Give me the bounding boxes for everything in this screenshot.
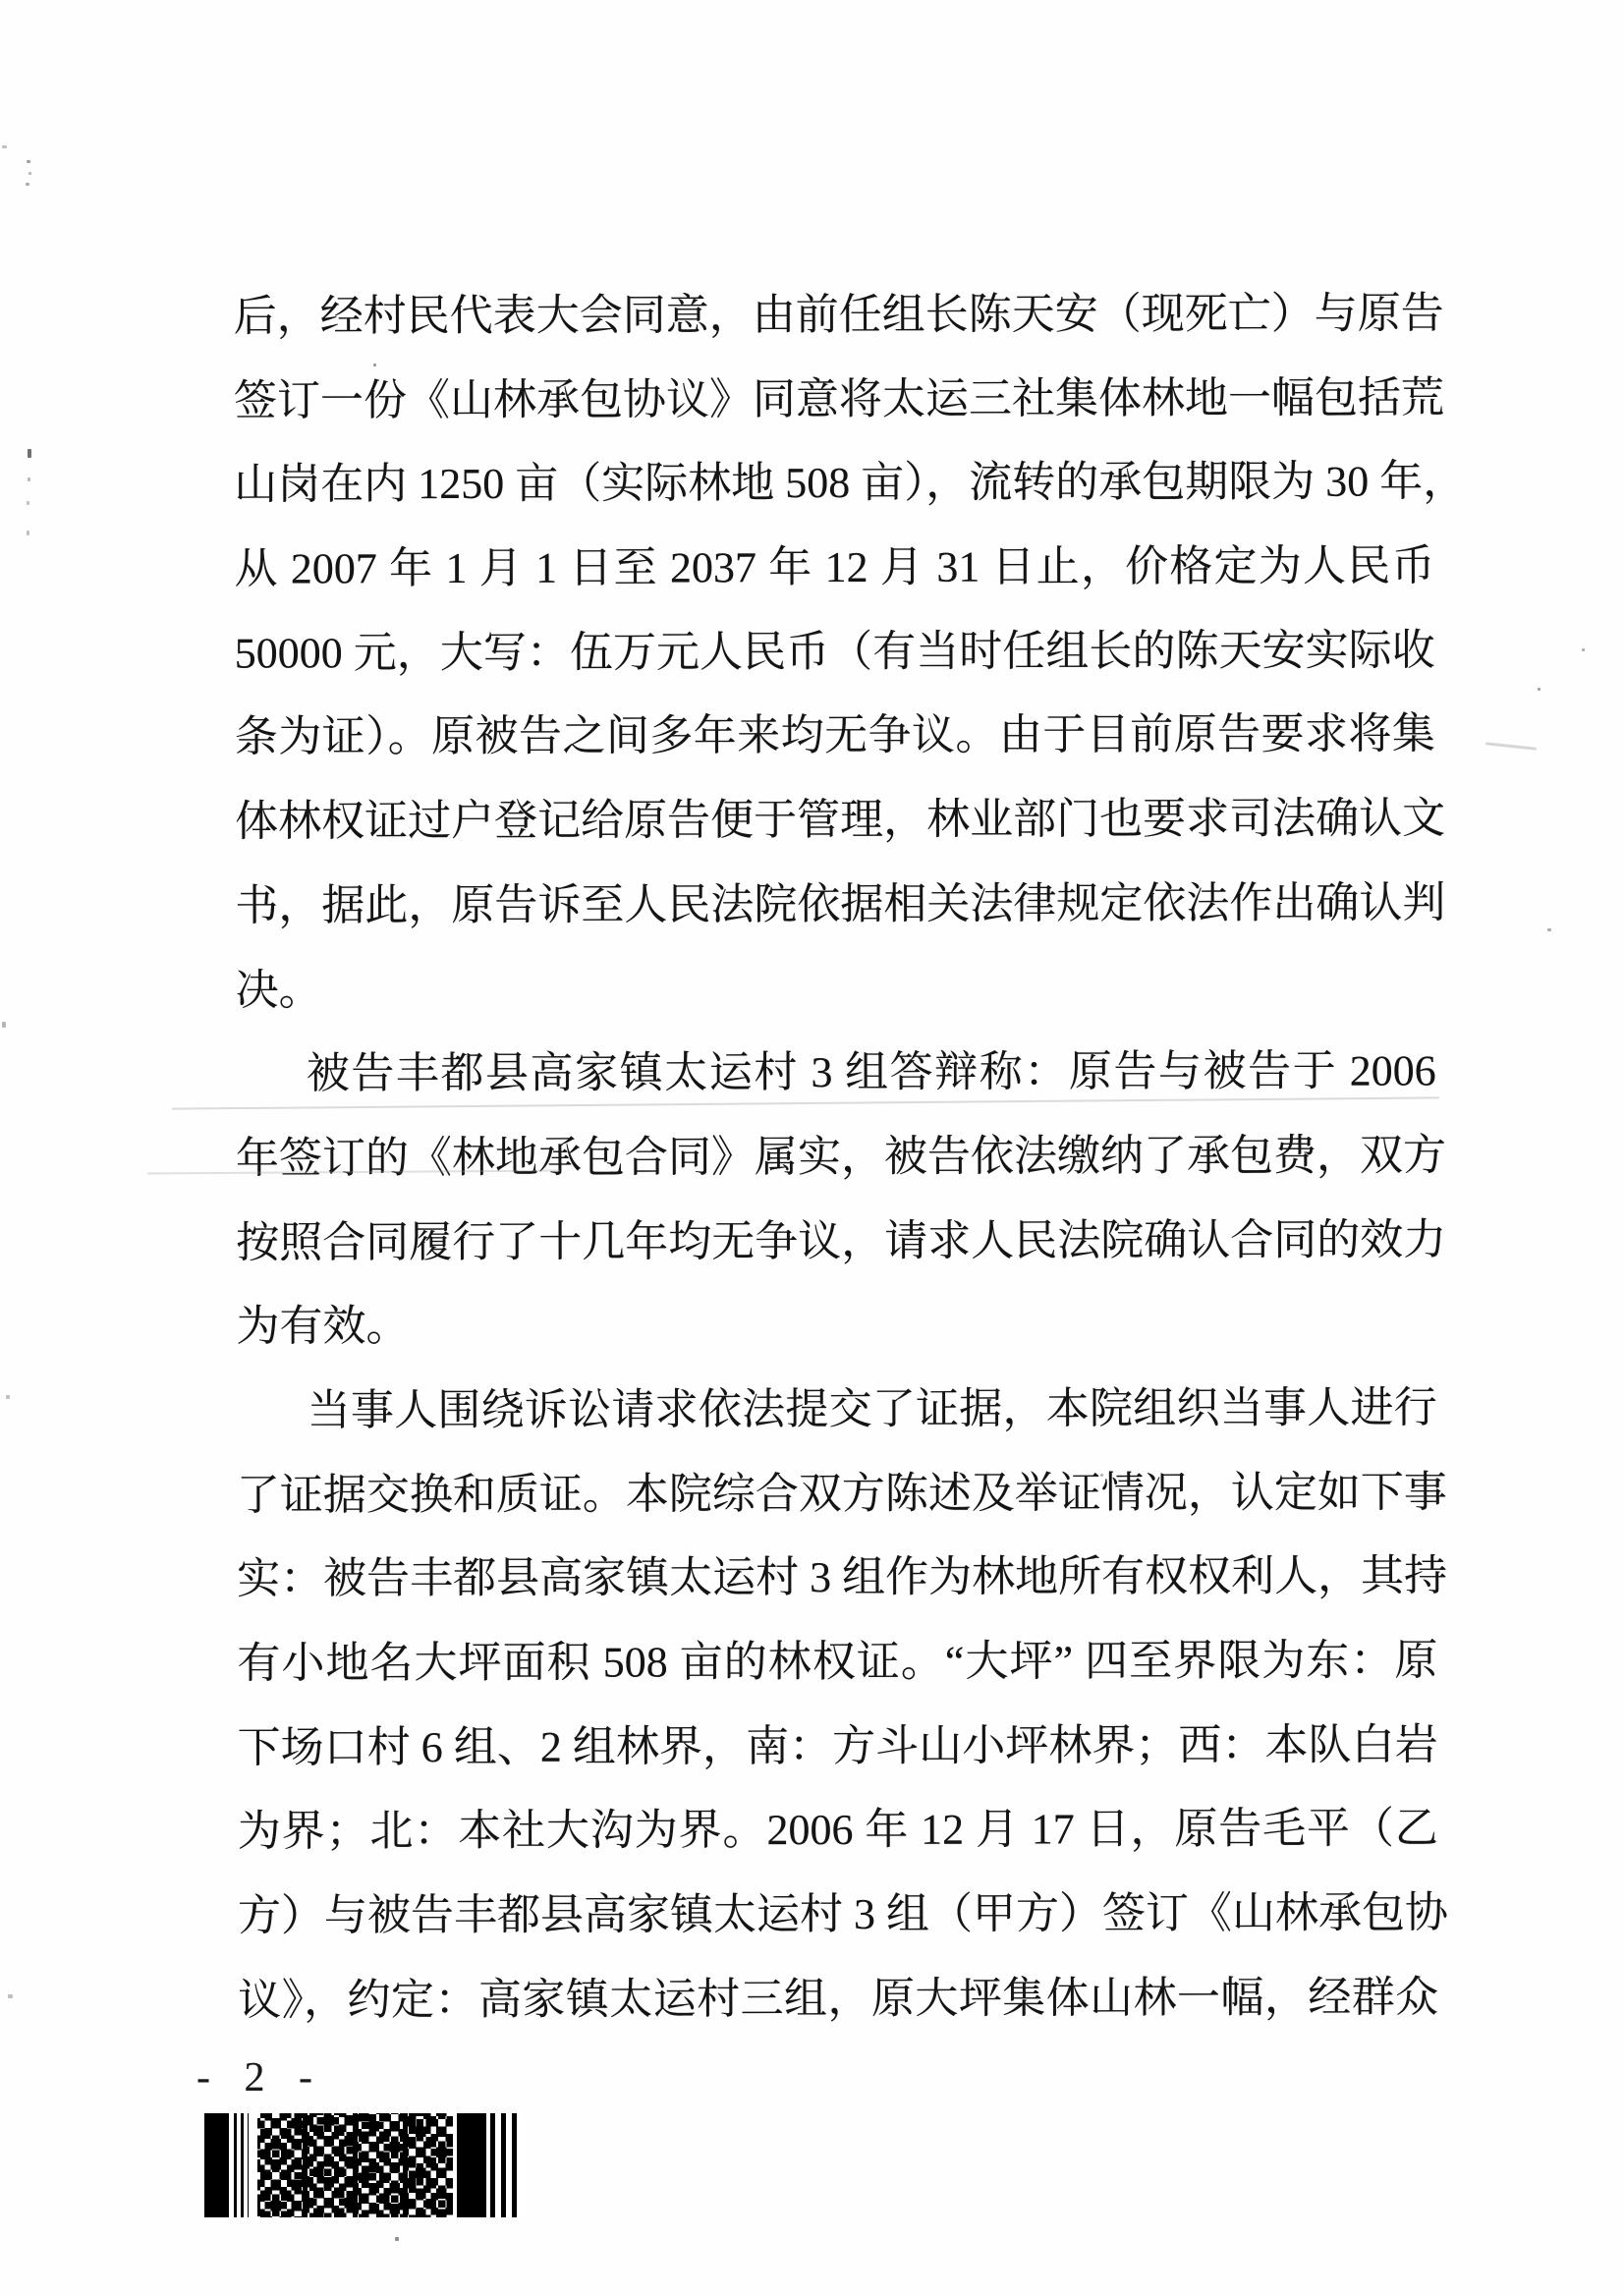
text-line: 书，据此，原告诉至人民法院依据相关法律规定依法作出确认判 [235,861,1435,948]
text-line: 后，经村民代表大会同意，由前任组长陈天安（现死亡）与原告 [234,271,1434,359]
barcode-solid-bar-right [457,2113,486,2217]
scan-speck [6,1395,10,1399]
barcode-matrix-segment [358,2113,403,2217]
scan-speck [1582,648,1585,651]
document-barcode [204,2113,523,2217]
scan-speck [8,1994,13,1998]
text-line: 条为证）。原被告之间多年来均无争议。由于目前原告要求将集 [235,693,1435,780]
scan-speck [28,172,31,175]
barcode-matrix-segment [257,2113,303,2217]
pencil-mark [1485,742,1537,750]
text-line: 签订一份《山林承包协议》同意将太运三社集体林地一幅包括荒 [234,356,1434,443]
text-line: 有小地名大坪面积 508 亩的林权证。“大坪” 四至界限为东：原 [237,1618,1437,1706]
barcode-matrix-segment [408,2113,453,2217]
scanned-document-page: 后，经村民代表大会同意，由前任组长陈天安（现死亡）与原告签订一份《山林承包协议》… [0,0,1624,2295]
text-line: 议》，约定：高家镇太运村三组，原大坪集体山林一幅，经群众 [238,1955,1438,2043]
text-line: 为有效。 [236,1282,1436,1370]
scan-speck [28,477,30,481]
scan-speck [28,449,31,458]
scan-speck [395,2237,399,2241]
text-line: 按照合同履行了十几年均无争议，请求人民法院确认合同的效力 [236,1198,1436,1285]
text-line: 实：被告丰都县高家镇太运村 3 组作为林地所有权权利人，其持 [237,1535,1437,1622]
text-line: 从 2007 年 1 月 1 日至 2037 年 12 月 31 日止，价格定为… [234,524,1434,611]
barcode-thin-stripes [490,2113,522,2217]
scan-speck [373,364,376,366]
text-line: 山岗在内 1250 亩（实际林地 508 亩），流转的承包期限为 30 年， [234,440,1434,528]
barcode-matrix-segment [308,2113,353,2217]
scan-speck [1547,928,1551,931]
scan-speck [27,501,29,505]
scan-speck [26,183,29,186]
text-line: 方）与被告丰都县高家镇太运村 3 组（甲方）签订《山林承包协 [238,1871,1438,1958]
text-line: 决。 [235,945,1435,1033]
text-line: 下场口村 6 组、2 组林界，南：方斗山小坪林界；西：本队白岩 [237,1703,1437,1790]
scan-speck [27,531,29,535]
text-line: 50000 元，大写：伍万元人民币（有当时任组长的陈天安实际收 [235,608,1435,696]
scan-speck [1538,688,1540,691]
scan-speck [2,145,7,148]
text-line: 体林权证过户登记给原告便于管理，林业部门也要求司法确认文 [235,777,1435,865]
barcode-gap [249,2113,257,2217]
text-line: 年签订的《林地承包合同》属实，被告依法缴纳了承包费，双方 [236,1113,1436,1201]
text-line: 当事人围绕诉讼请求依法提交了证据，本院组织当事人进行 [237,1366,1437,1453]
document-body-text: 后，经村民代表大会同意，由前任组长陈天安（现死亡）与原告签订一份《山林承包协议》… [234,271,1439,2043]
barcode-thin-stripes [234,2113,249,2217]
text-line: 为界；北：本社大沟为界。2006 年 12 月 17 日，原告毛平（乙 [238,1787,1438,1875]
scan-speck [27,160,30,163]
scan-speck [2,1022,6,1028]
text-line: 了证据交换和质证。本院综合双方陈述及举证情况，认定如下事 [237,1450,1437,1538]
barcode-solid-bar-left [204,2113,229,2217]
scan-speck [1100,1474,1103,1477]
page-number: - 2 - [196,2053,324,2102]
